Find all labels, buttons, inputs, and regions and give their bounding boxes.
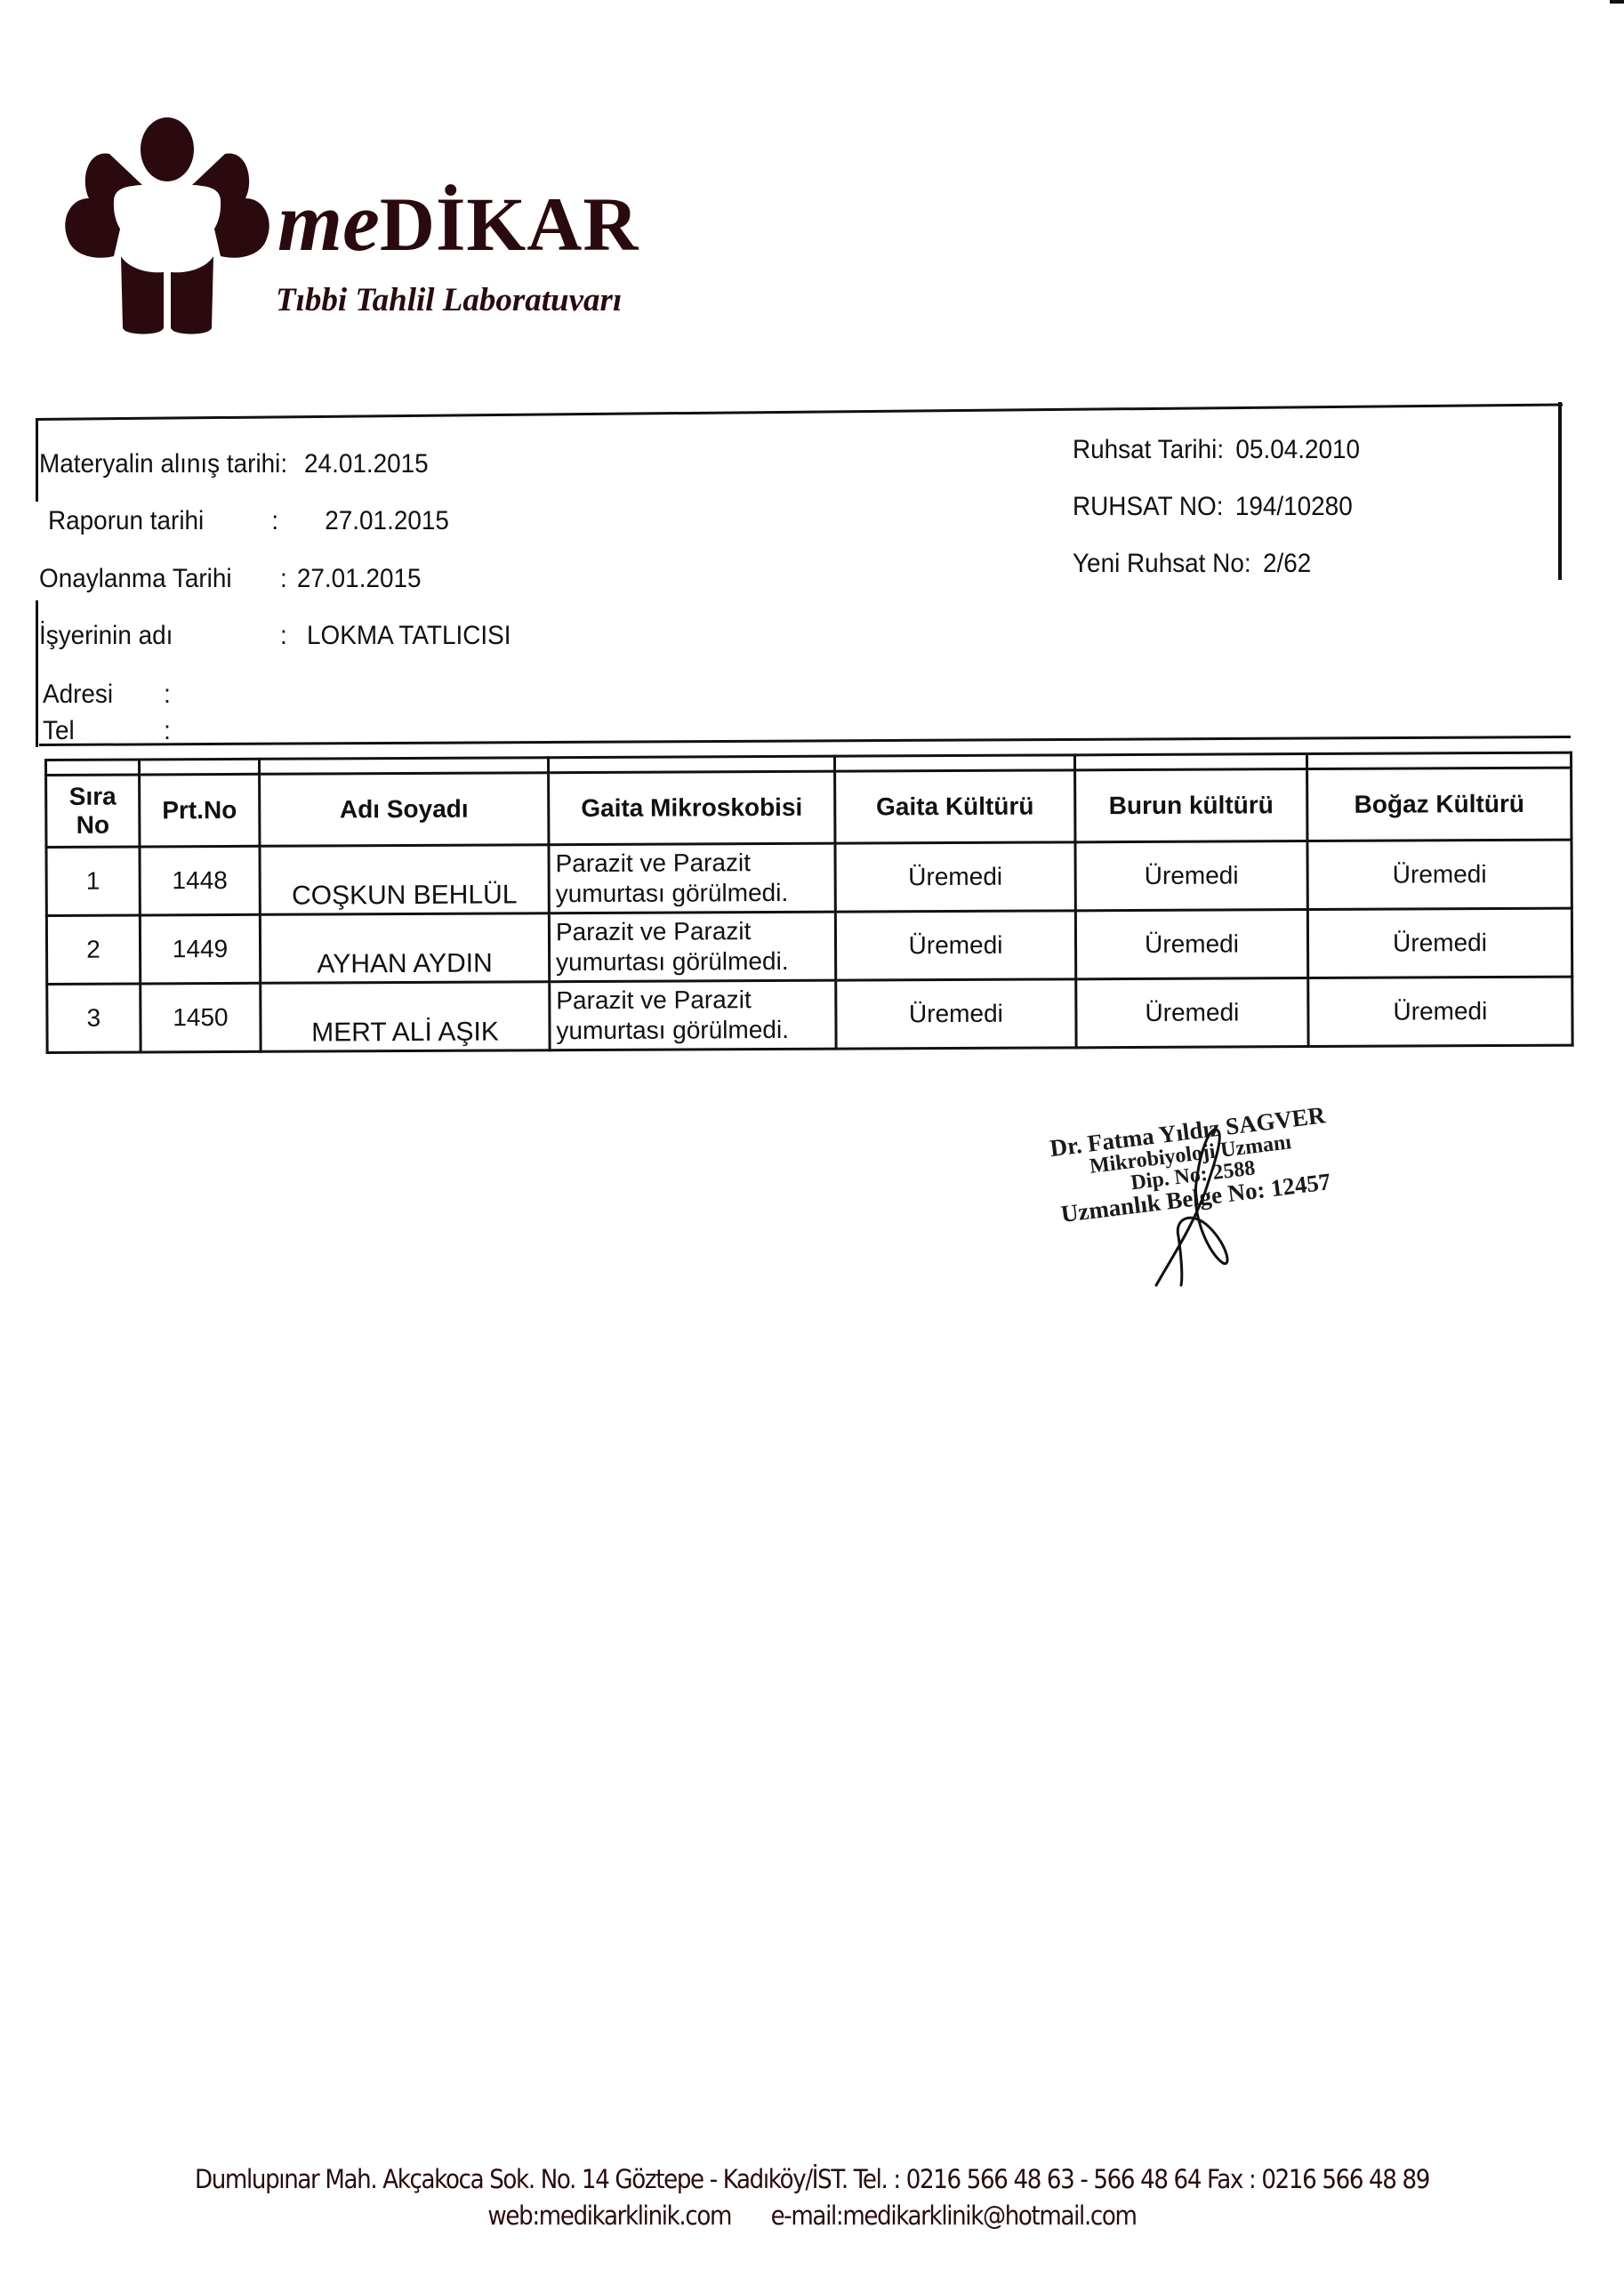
report-date-field: Raporun tarihi : 27.01.2015 bbox=[48, 506, 449, 536]
cell-stool-culture: Üremedi bbox=[835, 911, 1075, 980]
cell-sira: 3 bbox=[47, 984, 141, 1053]
cell-micro: Parazit ve Parazit yumurtası görülmedi. bbox=[550, 980, 836, 1050]
cell-sira: 1 bbox=[46, 847, 140, 916]
cell-micro: Parazit ve Parazit yumurtası görülmedi. bbox=[549, 912, 835, 982]
approval-date-field: Onaylanma Tarihi : 27.01.2015 bbox=[39, 564, 422, 594]
table-row: 2 1449 AYHAN AYDIN Parazit ve Parazit yu… bbox=[46, 908, 1572, 984]
people-embrace-logo-icon bbox=[60, 114, 274, 336]
license-date-field: Ruhsat Tarihi: 05.04.2010 bbox=[1073, 435, 1360, 465]
material-date-label: Materyalin alınış tarihi: bbox=[39, 449, 287, 479]
cell-prt: 1450 bbox=[141, 983, 261, 1052]
workplace-value: LOKMA TATLICISI bbox=[307, 621, 511, 651]
address-sep: : bbox=[164, 680, 171, 710]
license-no-field: RUHSAT NO: 194/10280 bbox=[1073, 492, 1353, 522]
header-nose-culture: Burun kültürü bbox=[1075, 769, 1307, 842]
cell-throat-culture: Üremedi bbox=[1307, 908, 1572, 978]
brand-name-suffix: DİKAR bbox=[380, 181, 639, 267]
cell-throat-culture: Üremedi bbox=[1308, 977, 1572, 1046]
cell-prt: 1449 bbox=[140, 914, 260, 984]
license-date-value: 05.04.2010 bbox=[1235, 435, 1360, 465]
header-sira-no: Sıra No bbox=[46, 775, 140, 848]
material-date-value: 24.01.2015 bbox=[304, 449, 429, 479]
scan-corner-mark bbox=[1610, 0, 1624, 4]
address-label: Adresi bbox=[43, 680, 157, 710]
workplace-field: İşyerinin adı : LOKMA TATLICISI bbox=[39, 621, 511, 651]
cell-stool-culture: Üremedi bbox=[836, 979, 1076, 1049]
new-license-no-label: Yeni Ruhsat No: bbox=[1073, 549, 1251, 579]
brand-name: meDİKAR bbox=[277, 174, 639, 270]
cell-stool-culture: Üremedi bbox=[835, 842, 1075, 912]
header-box-left-border-top bbox=[36, 420, 38, 502]
cell-nose-culture: Üremedi bbox=[1075, 841, 1307, 911]
header-prt-no: Prt.No bbox=[140, 774, 260, 847]
cell-sira: 2 bbox=[46, 915, 140, 985]
phone-label: Tel bbox=[43, 716, 157, 746]
table-row: 1 1448 COŞKUN BEHLÜL Parazit ve Parazit … bbox=[46, 840, 1572, 915]
license-no-value: 194/10280 bbox=[1235, 492, 1353, 522]
header-throat-culture: Boğaz Kültürü bbox=[1307, 768, 1572, 841]
brand-subtitle: Tıbbi Tahlil Laboratuvarı bbox=[276, 281, 622, 319]
footer-email: e-mail:medikarklinik@hotmail.com bbox=[771, 2201, 1137, 2231]
footer-web: web:medikarklinik.com bbox=[487, 2201, 731, 2231]
footer-contact: web:medikarklinik.com e-mail:medikarklin… bbox=[81, 2201, 1542, 2231]
new-license-no-field: Yeni Ruhsat No: 2/62 bbox=[1073, 549, 1311, 579]
cell-nose-culture: Üremedi bbox=[1076, 978, 1308, 1048]
address-field: Adresi : bbox=[43, 680, 178, 710]
header-stool-microscopy: Gaita Mikroskobisi bbox=[549, 771, 835, 845]
table-header-row: Sıra No Prt.No Adı Soyadı Gaita Mikrosko… bbox=[46, 768, 1572, 847]
cell-micro: Parazit ve Parazit yumurtası görülmedi. bbox=[549, 843, 835, 913]
table-row: 3 1450 MERT ALİ AŞIK Parazit ve Parazit … bbox=[47, 977, 1572, 1052]
workplace-sep: : bbox=[280, 621, 300, 651]
new-license-no-value: 2/62 bbox=[1263, 549, 1311, 579]
phone-field: Tel : bbox=[43, 716, 178, 746]
header-box-left-border-bottom bbox=[36, 600, 38, 747]
cell-nose-culture: Üremedi bbox=[1075, 910, 1307, 979]
phone-sep: : bbox=[164, 716, 171, 746]
footer-address: Dumlupınar Mah. Akçakoca Sok. No. 14 Göz… bbox=[81, 2164, 1542, 2194]
results-table: Sıra No Prt.No Adı Soyadı Gaita Mikrosko… bbox=[44, 752, 1574, 1054]
header-box-top-border bbox=[36, 404, 1563, 421]
header-stool-culture: Gaita Kültürü bbox=[835, 770, 1075, 843]
report-date-value: 27.01.2015 bbox=[325, 506, 449, 536]
license-date-label: Ruhsat Tarihi: bbox=[1073, 435, 1224, 465]
cell-throat-culture: Üremedi bbox=[1307, 840, 1572, 909]
cell-name: MERT ALİ AŞIK bbox=[261, 982, 550, 1052]
table-top-rule bbox=[39, 736, 1571, 746]
report-date-sep: : bbox=[271, 506, 318, 536]
report-date-label: Raporun tarihi bbox=[48, 506, 265, 536]
cell-name: AYHAN AYDIN bbox=[260, 913, 549, 984]
material-date-field: Materyalin alınış tarihi: 24.01.2015 bbox=[39, 449, 429, 479]
license-no-label: RUHSAT NO: bbox=[1073, 492, 1223, 522]
handwritten-signature-icon bbox=[1138, 1121, 1263, 1290]
workplace-label: İşyerinin adı bbox=[39, 621, 273, 651]
approval-date-label: Onaylanma Tarihi bbox=[39, 564, 273, 594]
header-name: Adı Soyadı bbox=[260, 773, 549, 847]
brand-name-prefix: me bbox=[277, 176, 380, 269]
cell-name: COŞKUN BEHLÜL bbox=[260, 845, 549, 915]
header-box-right-border bbox=[1558, 402, 1562, 580]
approval-date-sep: : bbox=[280, 564, 290, 594]
cell-prt: 1448 bbox=[140, 846, 260, 915]
approval-date-value: 27.01.2015 bbox=[297, 564, 422, 594]
